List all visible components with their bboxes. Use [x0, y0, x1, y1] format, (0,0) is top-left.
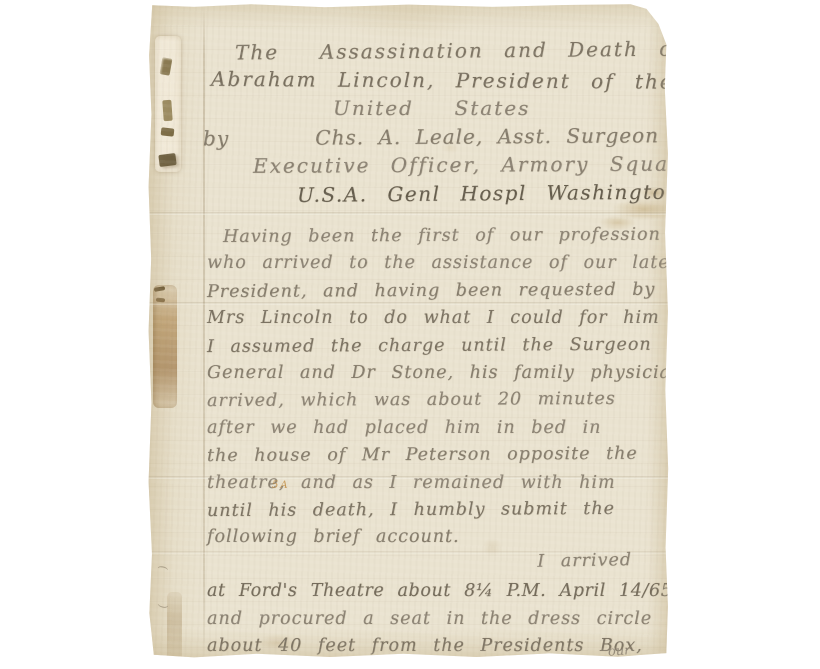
manuscript-line: Mrs Lincoln to do what I could for him [147, 305, 666, 332]
document-heading: The Assassination and Death of Abraham L… [147, 37, 664, 209]
manuscript-line: I assumed the charge until the Surgeon [147, 331, 666, 361]
heading-line-2: Abraham Lincoln, President of the [147, 64, 664, 96]
manuscript-line: at Ford's Theatre about 8¼ P.M. April 14… [147, 578, 666, 605]
body-paragraph-2: I arrived at Ford's Theatre about 8¼ P.M… [147, 551, 666, 661]
heading-line-3: United States [147, 94, 664, 123]
horizontal-fold-crease [147, 212, 670, 215]
heading-line-4: by Chs. A. Leale, Asst. Surgeon U.S.Vol. [147, 121, 664, 153]
heading-line-5: Executive Officer, Armory Square [147, 150, 664, 181]
manuscript-line: who arrived to the assistance of our lat… [147, 250, 666, 277]
heading-line-6: U.S.A. Genl Hospl Washington D. C. [147, 178, 664, 211]
manuscript-line: Having been the first of our profession [147, 222, 666, 252]
manuscript-line: theatre, and as I remained with him [147, 470, 666, 497]
manuscript-line: about 40 feet from the Presidents Box, [147, 633, 666, 660]
manuscript-line: and procured a seat in the dress circle [147, 606, 666, 633]
manuscript-line: until his death, I humbly submit the [147, 496, 666, 526]
manuscript-line: President, and having been requested by [147, 276, 666, 306]
faint-pencil-marks: ( ) [157, 566, 170, 646]
body-paragraph-1: Having been the first of our profession … [147, 223, 666, 552]
manuscript-line: General and Dr Stone, his family physici… [147, 360, 666, 387]
manuscript-line: the house of Mr Peterson opposite the [147, 441, 666, 471]
manuscript-line: arrived, which was about 20 minutes [147, 386, 666, 416]
heading-line-1: The Assassination and Death of [147, 35, 664, 68]
manuscript-page: The Assassination and Death of Abraham L… [147, 3, 670, 659]
archival-mark: 5A [272, 480, 290, 491]
manuscript-line: after we had placed him in bed in [147, 415, 666, 442]
catchword: our [607, 643, 630, 660]
